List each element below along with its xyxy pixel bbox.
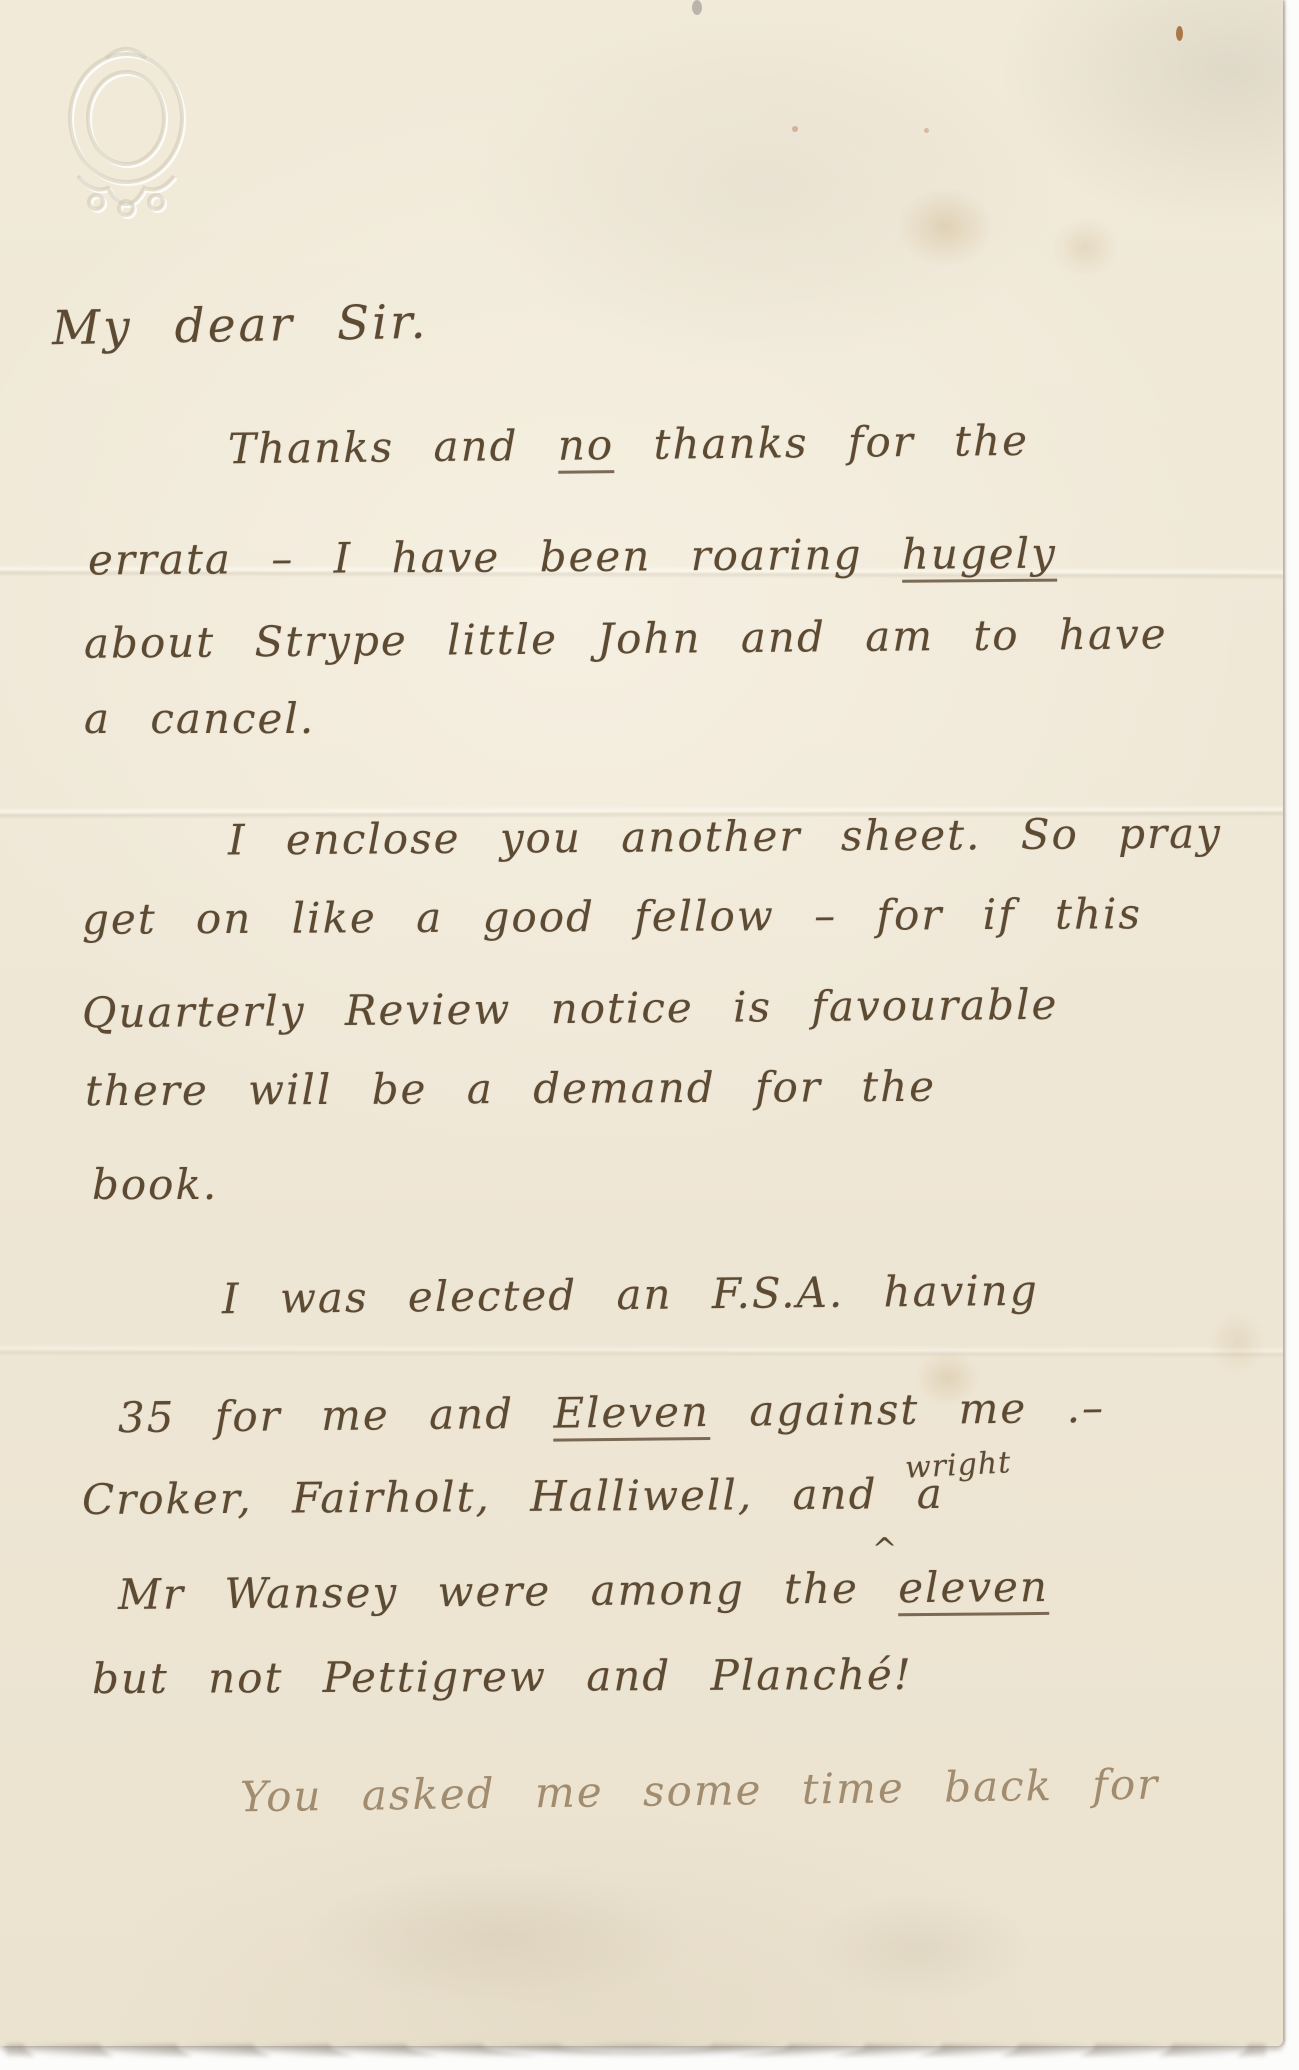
- line-segment: 35 for me and: [118, 1389, 554, 1443]
- line-segment: get on like a good fellow – for if this: [82, 889, 1142, 944]
- stain: [1038, 205, 1133, 290]
- paper-edge-shadow: [6, 2044, 1266, 2056]
- line-segment: and a: [753, 1469, 944, 1519]
- line-segment: Quarterly Review notice is favourable: [82, 980, 1059, 1038]
- line-segment: errata – I have been roaring: [88, 530, 902, 585]
- line-segment: I was elected an F.S.A. having: [222, 1266, 1039, 1324]
- line-segment: there will be a demand for the: [85, 1062, 936, 1115]
- body-line: Thanks and no thanks for the: [228, 416, 1029, 473]
- stain: [240, 1845, 760, 2030]
- line-segment: but not Pettigrew and Planché!: [92, 1650, 913, 1703]
- line-segment: against me .–: [710, 1383, 1105, 1436]
- body-line: I was elected an F.S.A. having: [222, 1266, 1039, 1324]
- line-segment: a cancel.: [84, 694, 315, 743]
- line-segment: Croker, Fairholt, Halliwell,: [82, 1470, 753, 1524]
- body-line: You asked me some time back for: [240, 1760, 1160, 1822]
- scanned-letter-page: { "colors": { "paper": "#efe8d7", "ink":…: [0, 0, 1299, 2070]
- body-line: errata – I have been roaring hugely: [88, 529, 1057, 585]
- underlined-word: Eleven: [553, 1387, 710, 1442]
- red-fleck: [792, 126, 798, 132]
- line-segment: I enclose you another sheet. So pray: [228, 809, 1222, 865]
- line-segment: Mr Wansey were among the: [118, 1563, 899, 1619]
- body-line: but not Pettigrew and Planché!: [92, 1650, 913, 1703]
- body-line: Mr Wansey were among the eleven: [118, 1562, 1049, 1619]
- salutation-text: My dear Sir.: [52, 295, 429, 357]
- body-line: get on like a good fellow – for if this: [82, 889, 1142, 944]
- underlined-word: no: [558, 420, 615, 474]
- underlined-word: eleven: [898, 1562, 1049, 1616]
- smudge-fleck: [692, 0, 702, 15]
- line-segment: You asked me some time back for: [240, 1760, 1160, 1822]
- caret-mark: ^: [872, 1532, 899, 1567]
- underlined-word: hugely: [902, 529, 1057, 583]
- body-line: Quarterly Review notice is favourable: [82, 980, 1059, 1038]
- letter-paper: My dear Sir. Thanks and no thanks for th…: [0, 0, 1283, 2046]
- stain: [1195, 1295, 1280, 1390]
- stain: [878, 172, 1013, 282]
- salutation-line: My dear Sir.: [52, 295, 429, 357]
- line-segment: thanks for the: [614, 416, 1029, 469]
- body-line: 35 for me and Eleven against me .–: [118, 1383, 1105, 1442]
- body-line: book.: [92, 1160, 218, 1209]
- body-line: I enclose you another sheet. So pray: [228, 809, 1222, 865]
- line-segment: about Strype little John and am to have: [84, 609, 1168, 667]
- body-line: about Strype little John and am to have: [84, 609, 1168, 667]
- fold-crease: [0, 1344, 1283, 1358]
- insertion-caret: ^: [872, 1532, 899, 1567]
- line-segment: book.: [92, 1160, 218, 1209]
- stain: [770, 1875, 1070, 2020]
- body-line: Croker, Fairholt, Halliwell, and a: [82, 1469, 944, 1524]
- body-line: a cancel.: [84, 694, 315, 743]
- ink-fleck: [1176, 26, 1183, 41]
- embossed-stamp: [48, 36, 208, 226]
- red-fleck: [924, 128, 929, 133]
- line-segment: Thanks and: [228, 421, 558, 473]
- body-line: there will be a demand for the: [85, 1062, 936, 1115]
